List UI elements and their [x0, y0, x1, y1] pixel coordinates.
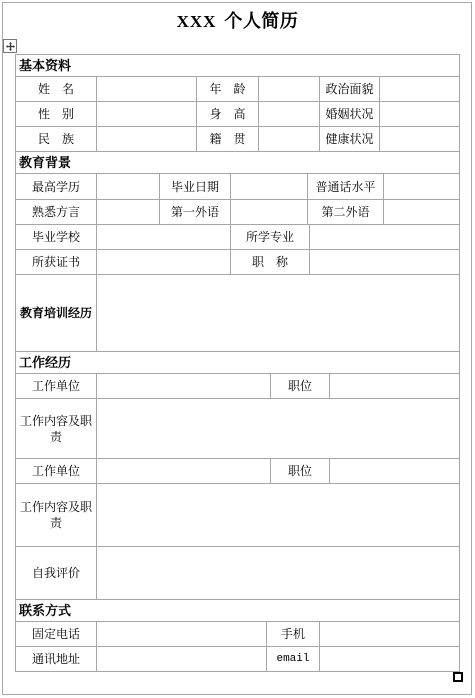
page-title: XXX个人简历: [0, 7, 475, 33]
work-unit-1-value[interactable]: [97, 374, 271, 399]
table-row: 所获证书 职 称: [16, 250, 460, 275]
training-experience-value[interactable]: [97, 275, 460, 352]
table-row: 工作单位 职位: [16, 374, 460, 399]
title-prefix: XXX: [177, 12, 217, 31]
dialect-label: 熟悉方言: [16, 200, 97, 225]
mobile-value[interactable]: [320, 622, 460, 647]
graduation-school-value[interactable]: [97, 225, 231, 250]
duties-2-value[interactable]: [97, 484, 460, 547]
table-row: 性 别 身 高 婚姻状况: [16, 102, 460, 127]
training-experience-label: 教育培训经历: [16, 275, 97, 352]
self-evaluation-label: 自我评价: [16, 547, 97, 600]
work-unit-2-value[interactable]: [97, 459, 271, 484]
work-unit-2-label: 工作单位: [16, 459, 97, 484]
table-row: 民 族 籍 贯 健康状况: [16, 127, 460, 152]
mailing-address-label: 通讯地址: [16, 647, 97, 672]
age-label: 年 龄: [197, 77, 259, 102]
email-value[interactable]: [320, 647, 460, 672]
table-row: 毕业学校 所学专业: [16, 225, 460, 250]
political-status-label: 政治面貌: [320, 77, 380, 102]
major-value[interactable]: [310, 225, 460, 250]
table-row: 教育培训经历: [16, 275, 460, 352]
self-evaluation-value[interactable]: [97, 547, 460, 600]
native-place-label: 籍 贯: [197, 127, 259, 152]
duties-1-label: 工作内容及职责: [16, 399, 97, 459]
section-header-work-experience: 工作经历: [16, 352, 460, 374]
first-foreign-language-value[interactable]: [231, 200, 308, 225]
four-way-arrow-icon: [6, 42, 15, 51]
height-label: 身 高: [197, 102, 259, 127]
mandarin-level-value[interactable]: [384, 174, 460, 200]
table-row: 熟悉方言 第一外语 第二外语: [16, 200, 460, 225]
work-unit-1-label: 工作单位: [16, 374, 97, 399]
ethnicity-value[interactable]: [97, 127, 197, 152]
table-row: 教育背景: [16, 152, 460, 174]
gender-label: 性 别: [16, 102, 97, 127]
highest-education-label: 最高学历: [16, 174, 97, 200]
name-value[interactable]: [97, 77, 197, 102]
position-2-label: 职位: [271, 459, 330, 484]
second-foreign-language-value[interactable]: [384, 200, 460, 225]
mobile-label: 手机: [267, 622, 320, 647]
email-label: email: [267, 647, 320, 672]
table-row: 工作单位 职位: [16, 459, 460, 484]
table-row: 联系方式: [16, 600, 460, 622]
graduation-date-label: 毕业日期: [160, 174, 231, 200]
landline-value[interactable]: [97, 622, 267, 647]
marital-status-value[interactable]: [380, 102, 460, 127]
table-row: 工作经历: [16, 352, 460, 374]
duties-1-value[interactable]: [97, 399, 460, 459]
highest-education-value[interactable]: [97, 174, 160, 200]
resume-document-page: XXX个人简历 基本资料 姓 名 年 龄 政治面貌 性 别 身 高 婚姻状况 民: [0, 0, 475, 698]
health-status-value[interactable]: [380, 127, 460, 152]
table-row: 工作内容及职责: [16, 484, 460, 547]
gender-value[interactable]: [97, 102, 197, 127]
first-foreign-language-label: 第一外语: [160, 200, 231, 225]
height-value[interactable]: [259, 102, 320, 127]
certificates-value[interactable]: [97, 250, 231, 275]
major-label: 所学专业: [231, 225, 310, 250]
political-status-value[interactable]: [380, 77, 460, 102]
professional-title-value[interactable]: [310, 250, 460, 275]
position-1-label: 职位: [271, 374, 330, 399]
section-header-education: 教育背景: [16, 152, 460, 174]
table-row: 工作内容及职责: [16, 399, 460, 459]
table-row: 通讯地址 email: [16, 647, 460, 672]
certificates-label: 所获证书: [16, 250, 97, 275]
age-value[interactable]: [259, 77, 320, 102]
mailing-address-value[interactable]: [97, 647, 267, 672]
dialect-value[interactable]: [97, 200, 160, 225]
title-text: 个人简历: [224, 11, 298, 31]
resume-table: 基本资料 姓 名 年 龄 政治面貌 性 别 身 高 婚姻状况 民 族 籍 贯 健…: [15, 54, 460, 672]
mandarin-level-label: 普通话水平: [308, 174, 384, 200]
table-row: 固定电话 手机: [16, 622, 460, 647]
table-row: 最高学历 毕业日期 普通话水平: [16, 174, 460, 200]
landline-label: 固定电话: [16, 622, 97, 647]
native-place-value[interactable]: [259, 127, 320, 152]
table-row: 姓 名 年 龄 政治面貌: [16, 77, 460, 102]
section-header-contact: 联系方式: [16, 600, 460, 622]
position-2-value[interactable]: [330, 459, 460, 484]
name-label: 姓 名: [16, 77, 97, 102]
table-row: 自我评价: [16, 547, 460, 600]
position-1-value[interactable]: [330, 374, 460, 399]
section-header-basic-info: 基本资料: [16, 55, 460, 77]
duties-2-label: 工作内容及职责: [16, 484, 97, 547]
ethnicity-label: 民 族: [16, 127, 97, 152]
table-resize-handle[interactable]: [453, 672, 463, 682]
professional-title-label: 职 称: [231, 250, 310, 275]
marital-status-label: 婚姻状况: [320, 102, 380, 127]
table-move-handle[interactable]: [3, 39, 17, 53]
graduation-date-value[interactable]: [231, 174, 308, 200]
second-foreign-language-label: 第二外语: [308, 200, 384, 225]
graduation-school-label: 毕业学校: [16, 225, 97, 250]
table-row: 基本资料: [16, 55, 460, 77]
health-status-label: 健康状况: [320, 127, 380, 152]
